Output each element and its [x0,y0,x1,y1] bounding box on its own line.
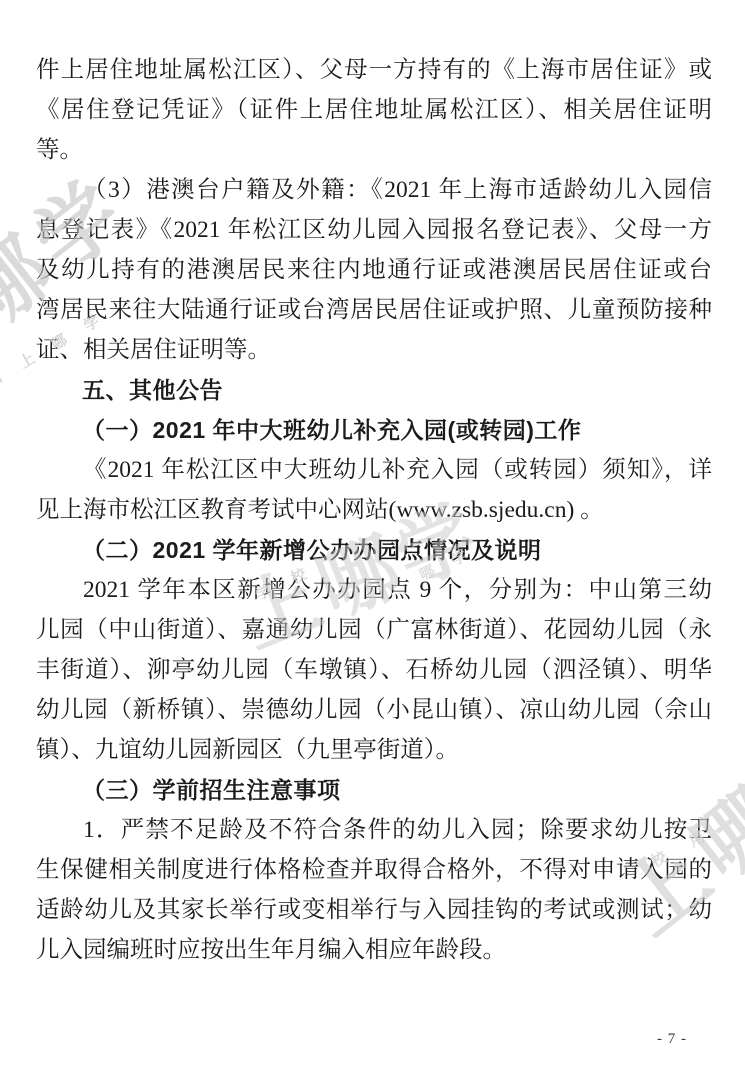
text-line: 息登记表》《2021 年松江区幼儿园入园报名登记表》、父母一方 [36,210,712,250]
heading-line: 五、其他公告 [36,370,712,410]
text-line: 《居住登记凭证》（证件上居住地址属松江区）、相关居住证明 [36,90,712,130]
text-line: 丰街道）、泖亭幼儿园（车墩镇）、石桥幼儿园（泗泾镇）、明华 [36,650,712,690]
text-line: 2021 学年本区新增公办办园点 9 个，分别为：中山第三幼 [36,570,712,610]
text-line: 儿入园编班时应按出生年月编入相应年龄段。 [36,930,712,970]
heading-line: （二）2021 学年新增公办办园点情况及说明 [36,530,712,570]
heading-line: （三）学前招生注意事项 [36,770,712,810]
text-line: 儿园（中山街道）、嘉通幼儿园（广富林街道）、花园幼儿园（永 [36,610,712,650]
text-line: 幼儿园（新桥镇）、崇德幼儿园（小昆山镇）、凉山幼儿园（佘山 [36,690,712,730]
text-line: 1．严禁不足龄及不符合条件的幼儿入园；除要求幼儿按卫 [36,810,712,850]
text-line: 证、相关居住证明等。 [36,330,712,370]
text-line: 等。 [36,130,712,170]
text-line: 件上居住地址属松江区）、父母一方持有的《上海市居住证》或 [36,50,712,90]
heading-line: （一）2021 年中大班幼儿补充入园(或转园)工作 [36,410,712,450]
text-line: （3）港澳台户籍及外籍：《2021 年上海市适龄幼儿入园信 [36,170,712,210]
text-line: 及幼儿持有的港澳居民来往内地通行证或港澳居民居住证或台 [36,250,712,290]
text-line: 《2021 年松江区中大班幼儿补充入园（或转园）须知》，详 [36,450,712,490]
page-number: - 7 - [657,1031,687,1048]
text-line: 湾居民来往大陆通行证或台湾居民居住证或护照、儿童预防接种 [36,290,712,330]
document-page: 上哪学用 上 哪 学上哪学学 校哪 学上哪学校 用 件上居住地址属松江区）、父母… [0,0,745,1073]
text-line: 适龄幼儿及其家长举行或变相举行与入园挂钩的考试或测试；幼 [36,890,712,930]
text-line: 见上海市松江区教育考试中心网站(www.zsb.sjedu.cn) 。 [36,490,712,530]
text-line: 生保健相关制度进行体格检查并取得合格外，不得对申请入园的 [36,850,712,890]
text-line: 镇）、九谊幼儿园新园区（九里亭街道）。 [36,730,712,770]
document-body: 件上居住地址属松江区）、父母一方持有的《上海市居住证》或《居住登记凭证》（证件上… [36,50,712,970]
